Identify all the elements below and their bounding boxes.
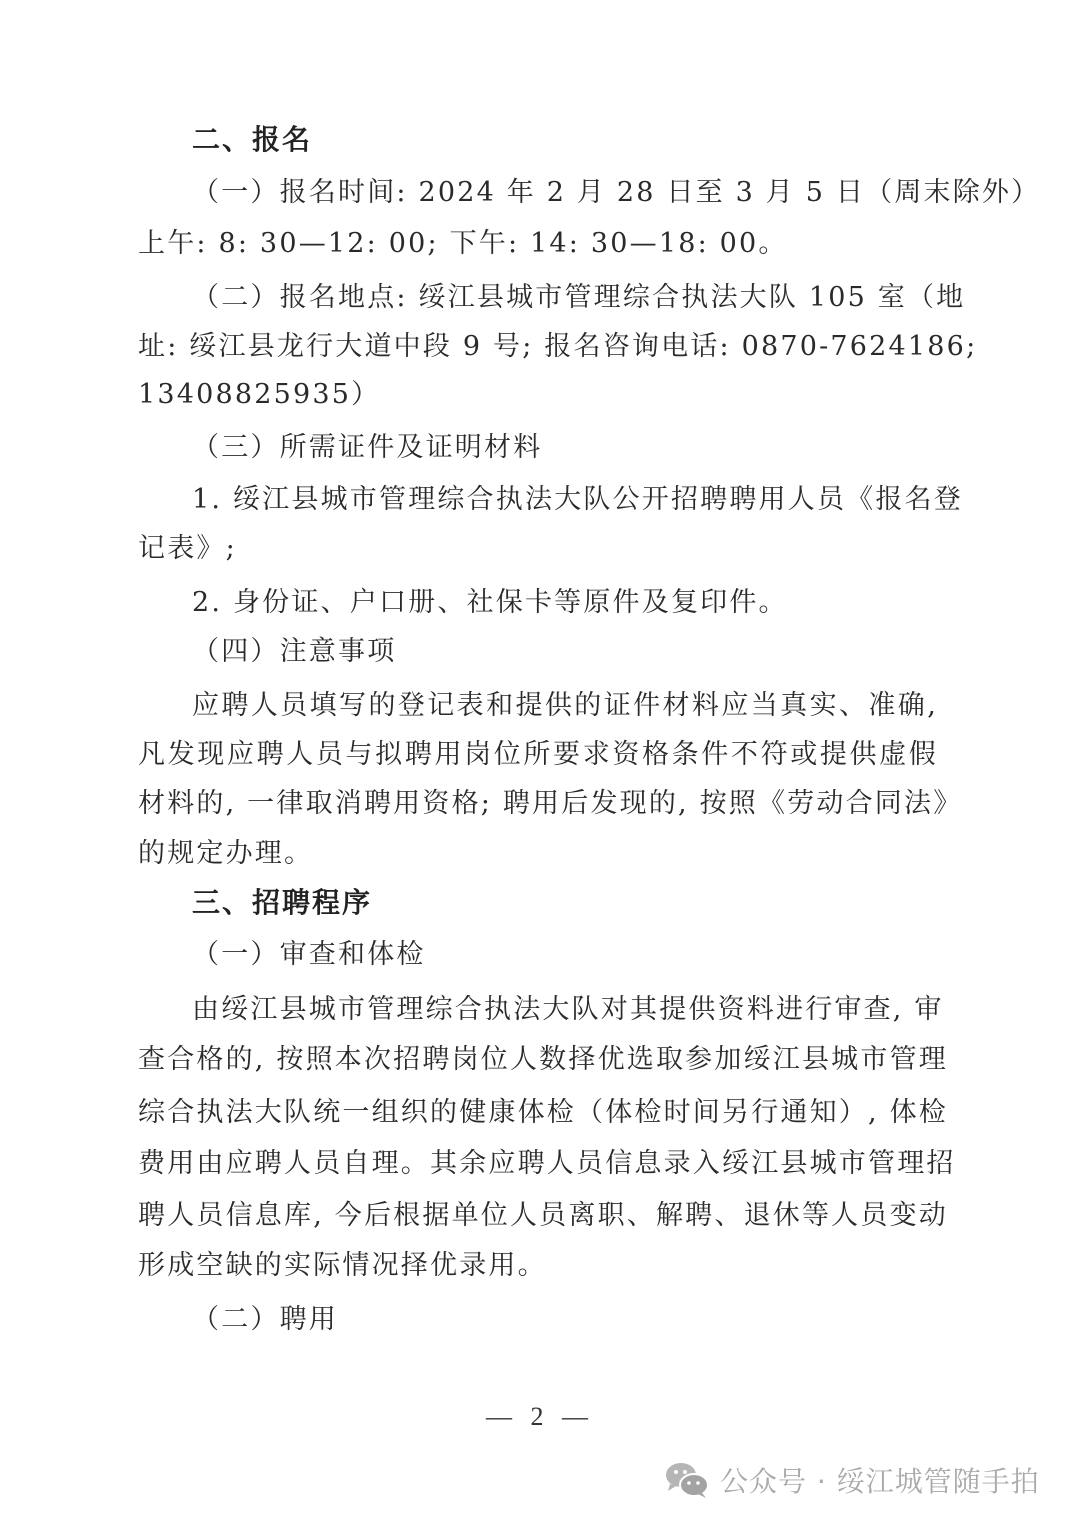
required-docs-point-1-line-1: 1. 绥江县城市管理综合执法大队公开招聘聘用人员《报名登 bbox=[192, 482, 938, 518]
document-page: 二、报名 （一）报名时间: 2024 年 2 月 28 日至 3 月 5 日（周… bbox=[0, 0, 1080, 1527]
registration-time-line-2: 上午: 8: 30—12: 00; 下午: 14: 30—18: 00。 bbox=[138, 226, 938, 262]
review-exam-line-3: 综合执法大队统一组织的健康体检（体检时间另行通知）, 体检 bbox=[138, 1095, 938, 1131]
review-exam-line-6: 形成空缺的实际情况择优录用。 bbox=[138, 1248, 938, 1284]
section-heading-procedure: 三、招聘程序 bbox=[192, 885, 938, 921]
section-heading-registration: 二、报名 bbox=[192, 122, 938, 158]
watermark-text: 公众号 · 绥江城管随手拍 bbox=[720, 1460, 1040, 1500]
required-docs-point-1-line-2: 记表》; bbox=[138, 531, 938, 567]
review-exam-line-2: 查合格的, 按照本次招聘岗位人数择优选取参加绥江县城市管理 bbox=[138, 1042, 938, 1078]
review-exam-line-1: 由绥江县城市管理综合执法大队对其提供资料进行审查, 审 bbox=[192, 992, 938, 1028]
registration-place-line-3: 13408825935） bbox=[138, 377, 938, 413]
wechat-watermark: 公众号 · 绥江城管随手拍 bbox=[664, 1460, 1040, 1500]
required-docs-title: （三）所需证件及证明材料 bbox=[192, 430, 938, 466]
review-exam-title: （一）审查和体检 bbox=[192, 937, 938, 973]
notes-line-3: 材料的, 一律取消聘用资格; 聘用后发现的, 按照《劳动合同法》 bbox=[138, 786, 938, 822]
registration-place-line-2: 址: 绥江县龙行大道中段 9 号; 报名咨询电话: 0870-7624186; bbox=[138, 329, 938, 365]
notes-title: （四）注意事项 bbox=[192, 634, 938, 670]
notes-line-2: 凡发现应聘人员与拟聘用岗位所要求资格条件不符或提供虚假 bbox=[138, 737, 938, 773]
notes-line-4: 的规定办理。 bbox=[138, 836, 938, 872]
notes-line-1: 应聘人员填写的登记表和提供的证件材料应当真实、准确, bbox=[192, 688, 938, 724]
registration-place-line-1: （二）报名地点: 绥江县城市管理综合执法大队 105 室（地 bbox=[192, 280, 938, 316]
wechat-icon bbox=[664, 1460, 710, 1500]
registration-time-line-1: （一）报名时间: 2024 年 2 月 28 日至 3 月 5 日（周末除外） bbox=[192, 175, 938, 211]
review-exam-line-5: 聘人员信息库, 今后根据单位人员离职、解聘、退休等人员变动 bbox=[138, 1198, 938, 1234]
review-exam-line-4: 费用由应聘人员自理。其余应聘人员信息录入绥江县城市管理招 bbox=[138, 1146, 938, 1182]
employment-title: （二）聘用 bbox=[192, 1302, 938, 1338]
required-docs-point-2: 2. 身份证、户口册、社保卡等原件及复印件。 bbox=[192, 585, 938, 621]
page-number: — 2 — bbox=[0, 1402, 1080, 1432]
